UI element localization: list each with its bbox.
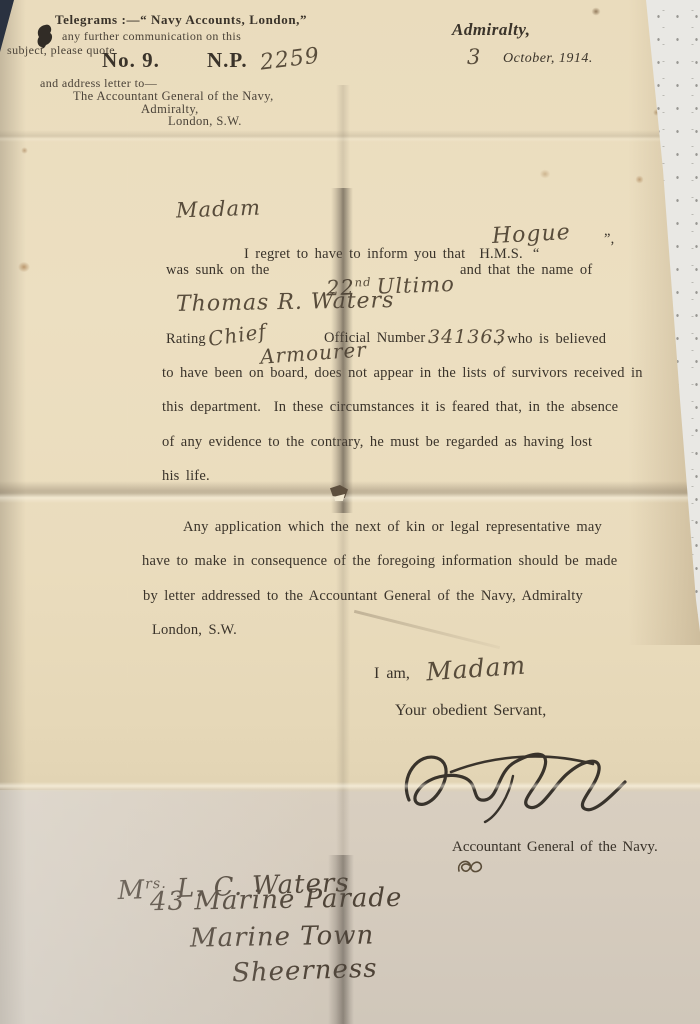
body-line-5: this department. In these circumstances … [162, 399, 618, 416]
stain-spot-6 [652, 108, 661, 117]
line-sunk-pre: was sunk on the [166, 262, 270, 279]
diagonal-crease [354, 610, 500, 649]
para2-line-2: have to make in consequence of the foreg… [142, 553, 617, 570]
note-line-2: subject, please quote [7, 43, 115, 58]
stain-spot-4 [590, 6, 602, 17]
ship-name: Hogue [491, 220, 571, 249]
stain-spot-5 [538, 168, 552, 180]
closing-servant: Your obedient Servant, [395, 702, 546, 720]
closing-i-am: I am, [374, 665, 410, 683]
paper-edge-shading-left [0, 0, 26, 1024]
rating-label: Rating [166, 331, 206, 348]
body-line-7: his life. [162, 468, 210, 485]
telegrams-line: Telegrams :—“ Navy Accounts, London,” [55, 12, 307, 28]
ship-close-quote: ”, [604, 231, 614, 248]
ref-no-label: No. 9. [102, 48, 160, 73]
signatory-title: Accountant General of the Navy. [452, 839, 658, 856]
dateline-rest: October, 1914. [503, 51, 593, 67]
letter-paper: Telegrams :—“ Navy Accounts, London,” an… [0, 0, 700, 1024]
ship-open-quote: “ [533, 246, 540, 262]
para2-line-3: by letter addressed to the Accountant Ge… [143, 588, 583, 605]
salutation: Madam [176, 196, 262, 223]
ref-np-number: 2259 [259, 43, 322, 75]
recipient-address-3: Sheerness [232, 953, 379, 988]
stain-spot-3 [20, 146, 29, 155]
signature-handwriting [393, 742, 643, 832]
stain-spot-1 [16, 260, 32, 274]
casualty-name: Thomas R. Waters [176, 288, 395, 317]
horizontal-crease-top [0, 130, 700, 142]
dateline-place: Admiralty, [452, 20, 531, 40]
recipient-name-m: M [117, 875, 146, 906]
recipient-address-2: Marine Town [190, 920, 375, 953]
pen-scribble [455, 857, 487, 877]
official-number-label: Official Number [324, 330, 425, 347]
horizontal-crease-middle [0, 481, 700, 503]
body-line-4: to have been on board, does not appear i… [162, 365, 643, 382]
para2-line-1: Any application which the next of kin or… [183, 519, 602, 536]
stain-spot-2 [634, 174, 645, 185]
note-line-1: any further communication on this [62, 29, 241, 44]
line-believed: , who is believed [497, 331, 606, 348]
paper-edge-shading-right [628, 0, 700, 645]
sunk-day-ordinal: nd [354, 275, 371, 290]
paper-tear [330, 485, 348, 498]
letterhead-address-3: London, S.W. [168, 114, 242, 129]
official-number-value: 341363 [428, 326, 507, 348]
closing-madam: Madam [425, 651, 527, 687]
para2-line-4: London, S.W. [152, 622, 237, 639]
paper-tear-highlight [334, 494, 345, 501]
ref-np-label: N.P. [207, 48, 248, 73]
recipient-address-1: 43 Marine Parade [150, 883, 403, 917]
line-sunk-post: and that the name of [460, 262, 592, 279]
dateline-day: 3 [467, 45, 481, 69]
body-line-6: of any evidence to the contrary, he must… [162, 434, 592, 451]
